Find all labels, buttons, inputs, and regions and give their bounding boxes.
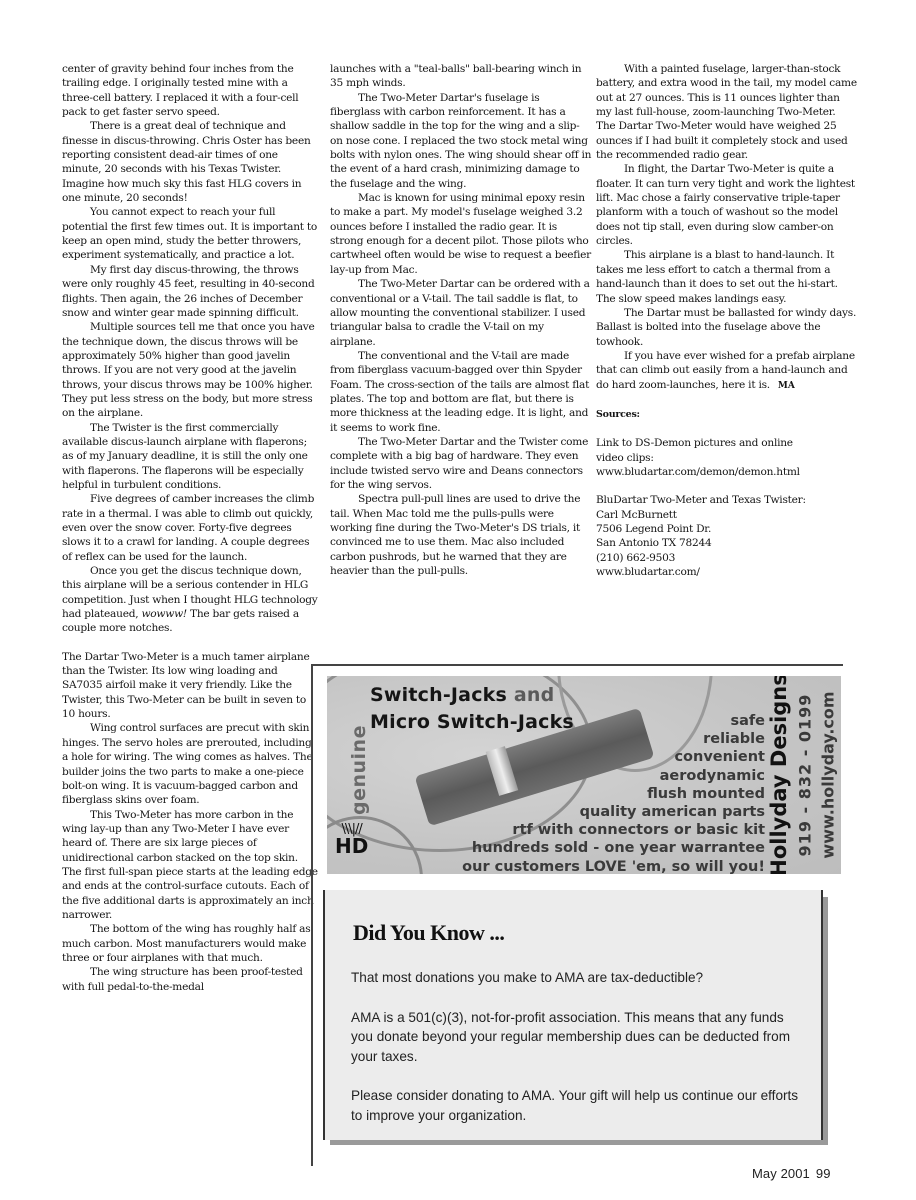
did-you-know-body: That most donations you make to AMA are …	[351, 968, 801, 1145]
section-start-paragraph: The Dartar Two-Meter is a much tamer air…	[62, 650, 320, 722]
sources-heading: Sources:	[596, 407, 858, 422]
ad-headline-line1: Switch-Jacks	[370, 684, 507, 706]
paragraph: Wing control surfaces are precut with sk…	[62, 721, 320, 807]
end-mark-icon: MA	[778, 381, 795, 391]
emphasis-text: wowww!	[141, 608, 186, 620]
did-you-know-paragraph: That most donations you make to AMA are …	[351, 968, 801, 988]
paragraph: The Twister is the first commercially av…	[62, 421, 320, 493]
paragraph: Five degrees of camber increases the cli…	[62, 492, 320, 564]
paragraph: The Two-Meter Dartar can be ordered with…	[330, 277, 592, 349]
ad-feature: hundreds sold - one year warrantee	[462, 839, 765, 857]
ad-feature: flush mounted	[462, 785, 765, 803]
paragraph: The wing structure has been proof-tested…	[62, 965, 320, 994]
article-column-2: launches with a "teal-balls" ball-bearin…	[330, 62, 592, 578]
page-footer: May 200199	[752, 1166, 831, 1181]
hd-logo-text: HD	[335, 836, 368, 856]
ad-brand-block: Hollyday Designs 919 - 832 - 0199 www.ho…	[767, 676, 839, 874]
issue-date: May 2001	[752, 1166, 810, 1181]
paragraph: This airplane is a blast to hand-launch.…	[596, 248, 858, 305]
did-you-know-paragraph: Please consider donating to AMA. Your gi…	[351, 1086, 801, 1125]
source-line: BluDartar Two-Meter and Texas Twister:	[596, 493, 858, 507]
sources-contact-block: BluDartar Two-Meter and Texas Twister: C…	[596, 493, 858, 579]
source-line: Link to DS-Demon pictures and online	[596, 436, 858, 450]
article-column-1: center of gravity behind four inches fro…	[62, 62, 320, 994]
contact-phone: (210) 662-9503	[596, 551, 858, 565]
page-number: 99	[816, 1166, 831, 1181]
hollyday-advertisement[interactable]: genuine Switch-Jacks and Micro Switch-Ja…	[327, 676, 841, 874]
ad-website-link[interactable]: www.hollyday.com	[819, 691, 838, 858]
contact-street: 7506 Legend Point Dr.	[596, 522, 858, 536]
paragraph: With a painted fuselage, larger-than-sto…	[596, 62, 858, 162]
paragraph: The bottom of the wing has roughly half …	[62, 922, 320, 965]
ad-feature: rtf with connectors or basic kit	[462, 821, 765, 839]
source-line: video clips:	[596, 451, 858, 465]
paragraph: Spectra pull-pull lines are used to driv…	[330, 492, 592, 578]
ad-feature: our customers LOVE 'em, so will you!	[462, 858, 765, 874]
ad-headline-and: and	[514, 684, 555, 706]
contact-website-link[interactable]: www.bludartar.com/	[596, 565, 858, 579]
paragraph-text: If you have ever wished for a prefab air…	[596, 350, 855, 391]
paragraph: Multiple sources tell me that once you h…	[62, 320, 320, 420]
did-you-know-box: Did You Know ... That most donations you…	[323, 890, 823, 1140]
paragraph: The Two-Meter Dartar's fuselage is fiber…	[330, 91, 592, 191]
hd-logo-icon: \\\|// HD	[335, 824, 368, 856]
paragraph: There is a great deal of technique and f…	[62, 119, 320, 205]
source-url-link[interactable]: www.bludartar.com/demon/demon.html	[596, 465, 858, 479]
sources-heading-text: Sources:	[596, 409, 640, 420]
article-column-3: With a painted fuselage, larger-than-sto…	[596, 62, 858, 579]
contact-name: Carl McBurnett	[596, 508, 858, 522]
paragraph: launches with a "teal-balls" ball-bearin…	[330, 62, 592, 91]
ad-feature: reliable	[462, 730, 765, 748]
sources-link-block: Link to DS-Demon pictures and online vid…	[596, 436, 858, 479]
did-you-know-title: Did You Know ...	[353, 920, 504, 946]
ad-phone: 919 - 832 - 0199	[796, 694, 815, 857]
paragraph: The Dartar must be ballasted for windy d…	[596, 306, 858, 349]
ad-feature: convenient	[462, 748, 765, 766]
paragraph: The Two-Meter Dartar and the Twister com…	[330, 435, 592, 492]
ad-feature: quality american parts	[462, 803, 765, 821]
paragraph: Mac is known for using minimal epoxy res…	[330, 191, 592, 277]
ad-feature-list: safe reliable convenient aerodynamic flu…	[462, 712, 765, 874]
paragraph: Once you get the discus technique down, …	[62, 564, 320, 636]
contact-city: San Antonio TX 78244	[596, 536, 858, 550]
ad-feature: safe	[462, 712, 765, 730]
paragraph: My first day discus-throwing, the throws…	[62, 263, 320, 320]
ad-feature: aerodynamic	[462, 767, 765, 785]
paragraph: If you have ever wished for a prefab air…	[596, 349, 858, 393]
did-you-know-paragraph: AMA is a 501(c)(3), not-for-profit assoc…	[351, 1008, 801, 1067]
paragraph: In flight, the Dartar Two-Meter is quite…	[596, 162, 858, 248]
paragraph: center of gravity behind four inches fro…	[62, 62, 320, 119]
ad-side-label: genuine	[348, 755, 370, 815]
paragraph: This Two-Meter has more carbon in the wi…	[62, 808, 320, 923]
ad-brand-name: Hollyday Designs	[767, 676, 791, 874]
paragraph: You cannot expect to reach your full pot…	[62, 205, 320, 262]
paragraph: The conventional and the V-tail are made…	[330, 349, 592, 435]
